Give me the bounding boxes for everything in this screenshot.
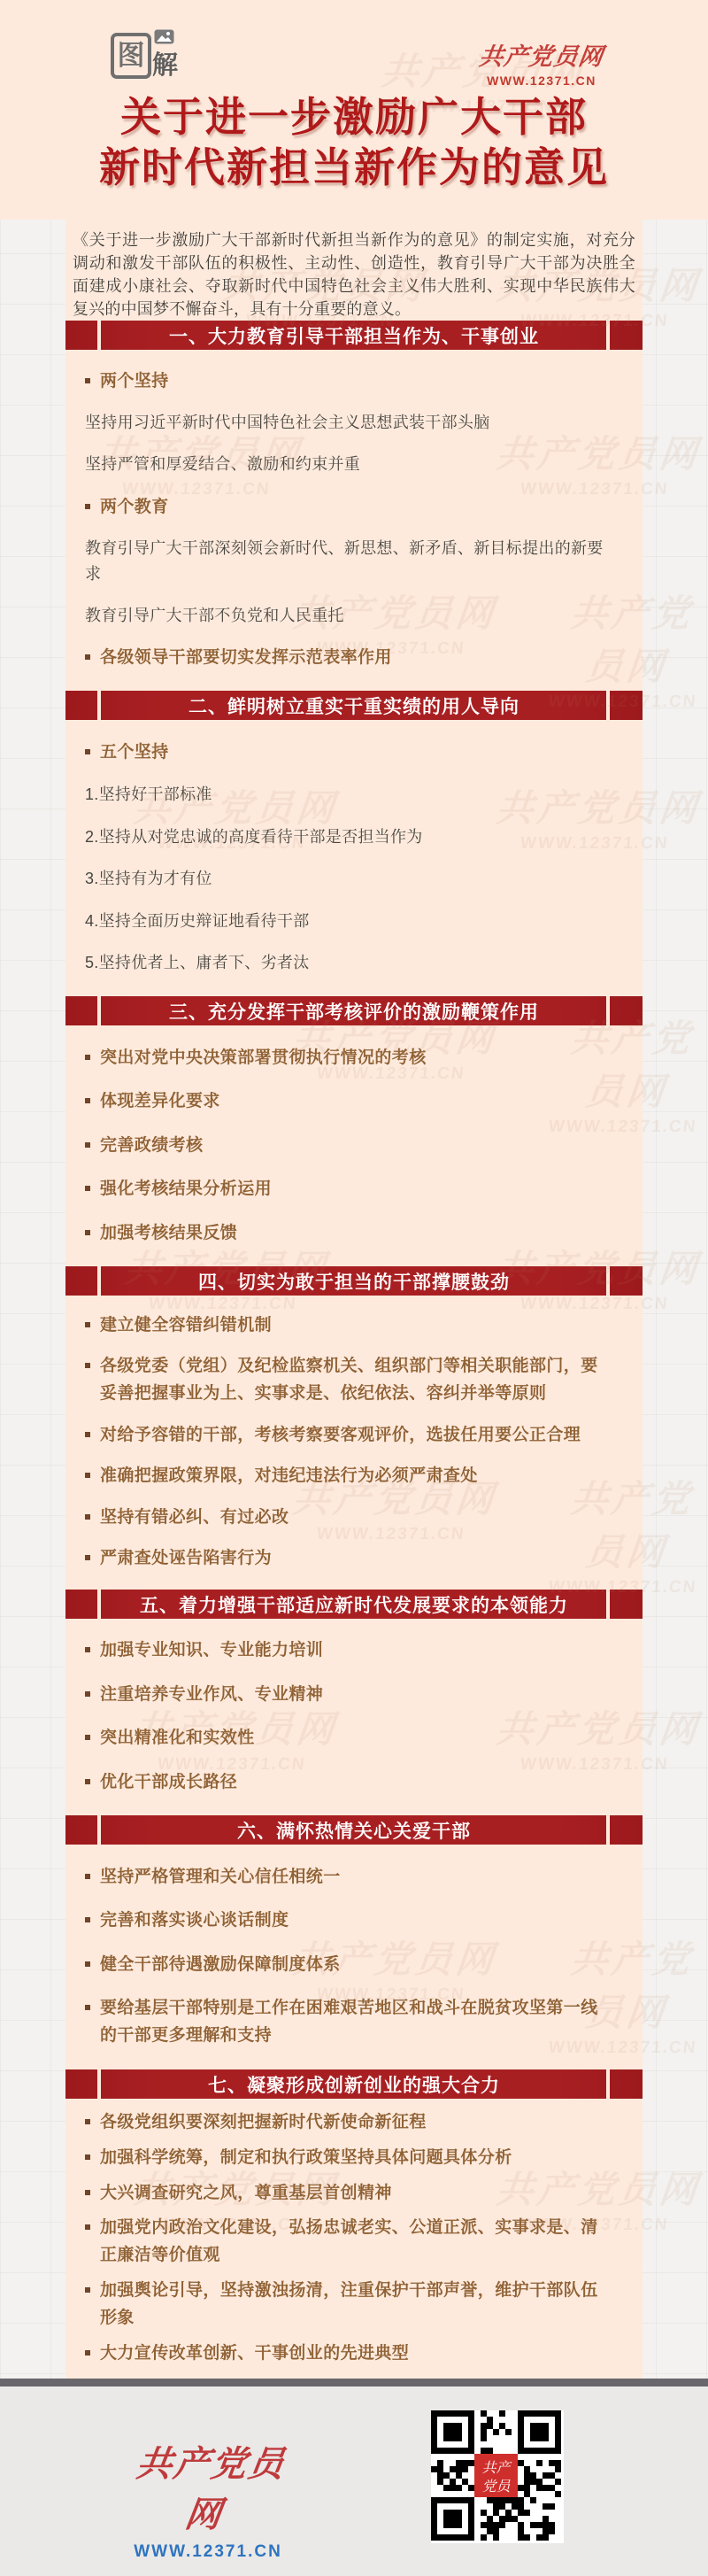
section-heading-banner: 七、凝聚形成创新创业的强大合力: [65, 2069, 643, 2099]
intro-block: 《关于进一步激励广大干部新时代新担当新作为的意见》的制定实施，对充分调动和激发干…: [65, 220, 643, 321]
list-item: 坚持有错必纠、有过必改: [85, 1504, 607, 1531]
footer-site-logo: 共产党员网 WWW.12371.CN: [124, 2436, 292, 2562]
banner-divider: [606, 2069, 610, 2099]
section-heading-banner: 四、切实为敢于担当的干部撑腰鼓劲: [65, 1266, 643, 1296]
section-items: 坚持严格管理和关心信任相统一完善和落实谈心谈话制度健全干部待遇激励保障制度体系要…: [65, 1845, 643, 2069]
section-items: 两个坚持坚持用习近平新时代中国特色社会主义思想武装干部头脑坚持严管和厚爱结合、激…: [65, 350, 643, 691]
list-item-text: 优化干部成长路径: [100, 1768, 237, 1796]
list-item-text: 加强党内政治文化建设，弘扬忠诚老实、公道正派、实事求是、清正廉洁等价值观: [100, 2214, 607, 2269]
list-item-text: 要给基层干部特别是工作在困难艰苦地区和战斗在脱贫攻坚第一线的干部更多理解和支持: [100, 1994, 607, 2049]
section-heading-banner: 三、充分发挥干部考核评价的激励鞭策作用: [65, 996, 643, 1025]
list-item-text: 完善和落实谈心谈话制度: [100, 1907, 289, 1934]
list-item: 加强党内政治文化建设，弘扬忠诚老实、公道正派、实事求是、清正廉洁等价值观: [85, 2214, 607, 2269]
list-item-text: 建立健全容错纠错机制: [100, 1311, 272, 1339]
square-bullet-icon: [85, 1055, 90, 1060]
list-item: 加强科学统筹，制定和执行政策坚持具体问题具体分析: [85, 2144, 607, 2171]
intro-paragraph: 《关于进一步激励广大干部新时代新担当新作为的意见》的制定实施，对充分调动和激发干…: [73, 228, 635, 321]
list-item: 突出对党中央决策部署贯彻执行情况的考核: [85, 1044, 607, 1071]
list-item: 两个教育: [85, 493, 607, 521]
infographic-page: 共产党员网WWW.12371.CN共产党员网WWW.12371.CN共产党员网W…: [0, 0, 708, 2576]
section-heading-banner: 六、满怀热情关心关爱干部: [65, 1815, 643, 1845]
list-item: 坚持严格管理和关心信任相统一: [85, 1863, 607, 1891]
square-bullet-icon: [85, 1735, 90, 1740]
list-item-text: 完善政绩考核: [100, 1132, 203, 1159]
list-item: 加强专业知识、专业能力培训: [85, 1636, 607, 1664]
section-heading: 三、充分发挥干部考核评价的激励鞭策作用: [169, 998, 539, 1025]
square-bullet-icon: [85, 2154, 90, 2160]
banner-divider: [606, 1590, 610, 1619]
list-item: 对给予容错的干部，考核考察要客观评价，选拔任用要公正合理: [85, 1421, 607, 1449]
square-bullet-icon: [85, 749, 90, 754]
sections: 一、大力教育引导干部担当作为、干事创业两个坚持坚持用习近平新时代中国特色社会主义…: [65, 321, 643, 2379]
list-item: 坚持用习近平新时代中国特色社会主义思想武装干部头脑: [85, 410, 607, 436]
section-heading: 四、切实为敢于担当的干部撑腰鼓劲: [198, 1268, 510, 1295]
list-item: 3.坚持有为才有位: [85, 866, 607, 892]
list-item-text: 健全干部待遇激励保障制度体系: [100, 1951, 341, 1978]
section: 六、满怀热情关心关爱干部坚持严格管理和关心信任相统一完善和落实谈心谈话制度健全干…: [65, 1815, 643, 2069]
square-bullet-icon: [85, 1555, 90, 1560]
list-item-text: 教育引导广大干部深刻领会新时代、新思想、新矛盾、新目标提出的新要求: [85, 536, 607, 587]
list-item: 突出精准化和实效性: [85, 1724, 607, 1752]
square-bullet-icon: [85, 1363, 90, 1368]
section-heading-banner: 五、着力增强干部适应新时代发展要求的本领能力: [65, 1590, 643, 1619]
section: 一、大力教育引导干部担当作为、干事创业两个坚持坚持用习近平新时代中国特色社会主义…: [65, 321, 643, 691]
section-heading: 六、满怀热情关心关爱干部: [237, 1817, 471, 1844]
page-title: 关于进一步激励广大干部 新时代新担当新作为的意见: [0, 0, 708, 193]
list-item-text: 2.坚持从对党忠诚的高度看待干部是否担当作为: [85, 824, 423, 850]
list-item-text: 3.坚持有为才有位: [85, 866, 212, 892]
list-item: 各级党组织要深刻把握新时代新使命新征程: [85, 2108, 607, 2136]
section-items: 建立健全容错纠错机制各级党委（党组）及纪检监察机关、组织部门等相关职能部门，要妥…: [65, 1296, 643, 1590]
footer-separator: [0, 2379, 708, 2386]
list-item: 4.坚持全面历史辩证地看待干部: [85, 909, 607, 934]
list-item-text: 加强考核结果反馈: [100, 1219, 237, 1247]
square-bullet-icon: [85, 1961, 90, 1967]
section: 七、凝聚形成创新创业的强大合力各级党组织要深刻把握新时代新使命新征程加强科学统筹…: [65, 2069, 643, 2379]
square-bullet-icon: [85, 1432, 90, 1437]
section-heading: 五、着力增强干部适应新时代发展要求的本领能力: [140, 1591, 568, 1618]
section-heading-banner: 一、大力教育引导干部担当作为、干事创业: [65, 321, 643, 350]
list-item-text: 各级党组织要深刻把握新时代新使命新征程: [100, 2108, 427, 2136]
square-bullet-icon: [85, 2224, 90, 2230]
list-item: 加强舆论引导，坚持激浊扬清，注重保护干部声誉，维护干部队伍形象: [85, 2277, 607, 2332]
header-area: 图 解 共产党员网 WWW.12371.CN 关于进一步激励广大干部 新时代新担…: [0, 0, 708, 220]
list-item: 五个坚持: [85, 739, 607, 766]
square-bullet-icon: [85, 1647, 90, 1652]
section: 五、着力增强干部适应新时代发展要求的本领能力加强专业知识、专业能力培训注重培养专…: [65, 1590, 643, 1815]
section-heading: 二、鲜明树立重实干重实绩的用人导向: [189, 692, 519, 719]
section-items: 五个坚持1.坚持好干部标准2.坚持从对党忠诚的高度看待干部是否担当作为3.坚持有…: [65, 720, 643, 996]
list-item-text: 严肃查处诬告陷害行为: [100, 1544, 272, 1572]
section-heading-banner: 二、鲜明树立重实干重实绩的用人导向: [65, 691, 643, 720]
list-item: 体现差异化要求: [85, 1087, 607, 1115]
banner-divider: [97, 2069, 101, 2099]
list-item: 优化干部成长路径: [85, 1768, 607, 1796]
banner-divider: [97, 1815, 101, 1845]
list-item-text: 强化考核结果分析运用: [100, 1175, 272, 1203]
square-bullet-icon: [85, 654, 90, 660]
list-item: 严肃查处诬告陷害行为: [85, 1544, 607, 1572]
list-item: 2.坚持从对党忠诚的高度看待干部是否担当作为: [85, 824, 607, 850]
footer-site-name-calligraphy: 共产党员网: [117, 2436, 299, 2537]
section: 二、鲜明树立重实干重实绩的用人导向五个坚持1.坚持好干部标准2.坚持从对党忠诚的…: [65, 691, 643, 996]
section-heading: 一、大力教育引导干部担当作为、干事创业: [169, 322, 539, 349]
square-bullet-icon: [85, 1322, 90, 1327]
banner-divider: [97, 691, 101, 720]
list-item: 教育引导广大干部深刻领会新时代、新思想、新矛盾、新目标提出的新要求: [85, 536, 607, 587]
square-bullet-icon: [85, 2119, 90, 2124]
list-item: 两个坚持: [85, 367, 607, 395]
tujie-logo-box: 图: [111, 33, 151, 79]
list-item-text: 体现差异化要求: [100, 1087, 220, 1115]
list-item-text: 两个坚持: [100, 367, 169, 395]
section: 四、切实为敢于担当的干部撑腰鼓劲建立健全容错纠错机制各级党委（党组）及纪检监察机…: [65, 1266, 643, 1590]
section: 三、充分发挥干部考核评价的激励鞭策作用突出对党中央决策部署贯彻执行情况的考核体现…: [65, 996, 643, 1266]
list-item: 大兴调查研究之风，尊重基层首创精神: [85, 2179, 607, 2207]
list-item-text: 突出对党中央决策部署贯彻执行情况的考核: [100, 1044, 427, 1071]
tujie-logo-sub-char: 解: [152, 45, 178, 81]
square-bullet-icon: [85, 1917, 90, 1922]
site-name-calligraphy: 共产党员网: [477, 37, 605, 72]
list-item-text: 坚持严格管理和关心信任相统一: [100, 1863, 341, 1891]
list-item: 5.坚持优者上、庸者下、劣者汰: [85, 950, 607, 976]
list-item-text: 准确把握政策界限，对违纪违法行为必须严肃查处: [100, 1462, 478, 1489]
square-bullet-icon: [85, 2005, 90, 2010]
list-item-text: 教育引导广大干部不负党和人民重托: [85, 603, 344, 629]
square-bullet-icon: [85, 1230, 90, 1235]
square-bullet-icon: [85, 378, 90, 383]
body-area: 《关于进一步激励广大干部新时代新担当新作为的意见》的制定实施，对充分调动和激发干…: [0, 220, 708, 2379]
footer-area: 共产党员网 WWW.12371.CN 共产党员: [0, 2386, 708, 2576]
section-heading: 七、凝聚形成创新创业的强大合力: [208, 2071, 500, 2098]
list-item-text: 4.坚持全面历史辩证地看待干部: [85, 909, 310, 934]
tujie-infographic-logo: 图 解: [111, 29, 181, 96]
list-item-text: 五个坚持: [100, 739, 169, 766]
list-item-text: 各级党委（党组）及纪检监察机关、组织部门等相关职能部门，要妥善把握事业为上、实事…: [100, 1352, 607, 1407]
square-bullet-icon: [85, 2190, 90, 2195]
content-panel: 《关于进一步激励广大干部新时代新担当新作为的意见》的制定实施，对充分调动和激发干…: [65, 220, 643, 2379]
svg-text:共产: 共产: [481, 2460, 512, 2476]
banner-divider: [606, 1815, 610, 1845]
banner-divider: [606, 1266, 610, 1296]
section-items: 加强专业知识、专业能力培训注重培养专业作风、专业精神突出精准化和实效性优化干部成…: [65, 1619, 643, 1815]
list-item: 强化考核结果分析运用: [85, 1175, 607, 1203]
list-item-text: 加强科学统筹，制定和执行政策坚持具体问题具体分析: [100, 2144, 512, 2171]
square-bullet-icon: [85, 1691, 90, 1697]
square-bullet-icon: [85, 1874, 90, 1879]
banner-divider: [97, 321, 101, 350]
section-items: 突出对党中央决策部署贯彻执行情况的考核体现差异化要求完善政绩考核强化考核结果分析…: [65, 1025, 643, 1266]
list-item: 完善和落实谈心谈话制度: [85, 1907, 607, 1934]
list-item-text: 各级领导干部要切实发挥示范表率作用: [100, 644, 392, 671]
list-item-text: 对给予容错的干部，考核考察要客观评价，选拔任用要公正合理: [100, 1421, 581, 1449]
list-item-text: 加强专业知识、专业能力培训: [100, 1636, 323, 1664]
list-item-text: 大兴调查研究之风，尊重基层首创精神: [100, 2179, 392, 2207]
list-item-text: 坚持严管和厚爱结合、激励和约束并重: [85, 452, 360, 477]
square-bullet-icon: [85, 1142, 90, 1148]
list-item: 1.坚持好干部标准: [85, 782, 607, 808]
square-bullet-icon: [85, 1186, 90, 1191]
banner-divider: [606, 691, 610, 720]
banner-divider: [606, 996, 610, 1025]
banner-divider: [606, 321, 610, 350]
square-bullet-icon: [85, 1473, 90, 1478]
header-content: 图 解 共产党员网 WWW.12371.CN 关于进一步激励广大干部 新时代新担…: [0, 0, 708, 220]
list-item: 各级党委（党组）及纪检监察机关、组织部门等相关职能部门，要妥善把握事业为上、实事…: [85, 1352, 607, 1407]
square-bullet-icon: [85, 2287, 90, 2293]
list-item-text: 加强舆论引导，坚持激浊扬清，注重保护干部声誉，维护干部队伍形象: [100, 2277, 607, 2332]
list-item: 建立健全容错纠错机制: [85, 1311, 607, 1339]
list-item: 完善政绩考核: [85, 1132, 607, 1159]
list-item: 各级领导干部要切实发挥示范表率作用: [85, 644, 607, 671]
footer-site-url: WWW.12371.CN: [124, 2542, 292, 2562]
section-items: 各级党组织要深刻把握新时代新使命新征程加强科学统筹，制定和执行政策坚持具体问题具…: [65, 2099, 643, 2379]
list-item: 健全干部待遇激励保障制度体系: [85, 1951, 607, 1978]
site-url: WWW.12371.CN: [480, 73, 604, 88]
banner-divider: [97, 1266, 101, 1296]
qr-code: 共产党员: [431, 2410, 564, 2543]
list-item-text: 坚持有错必纠、有过必改: [100, 1504, 289, 1531]
list-item-text: 突出精准化和实效性: [100, 1724, 255, 1752]
square-bullet-icon: [85, 2350, 90, 2356]
square-bullet-icon: [85, 1779, 90, 1784]
list-item-text: 大力宣传改革创新、干事创业的先进典型: [100, 2340, 409, 2367]
page-title-line1: 关于进一步激励广大干部: [0, 92, 708, 143]
list-item: 坚持严管和厚爱结合、激励和约束并重: [85, 452, 607, 477]
list-item-text: 两个教育: [100, 493, 169, 521]
site-logo-top: 共产党员网 WWW.12371.CN: [480, 37, 604, 88]
list-item: 注重培养专业作风、专业精神: [85, 1681, 607, 1708]
page-title-line2: 新时代新担当新作为的意见: [0, 143, 708, 193]
list-item: 教育引导广大干部不负党和人民重托: [85, 603, 607, 629]
list-item-text: 注重培养专业作风、专业精神: [100, 1681, 323, 1708]
svg-text:党员: 党员: [481, 2479, 512, 2495]
list-item-text: 坚持用习近平新时代中国特色社会主义思想武装干部头脑: [85, 410, 490, 436]
square-bullet-icon: [85, 1098, 90, 1103]
list-item: 要给基层干部特别是工作在困难艰苦地区和战斗在脱贫攻坚第一线的干部更多理解和支持: [85, 1994, 607, 2049]
list-item: 准确把握政策界限，对违纪违法行为必须严肃查处: [85, 1462, 607, 1489]
banner-divider: [97, 1590, 101, 1619]
square-bullet-icon: [85, 504, 90, 509]
list-item: 加强考核结果反馈: [85, 1219, 607, 1247]
square-bullet-icon: [85, 1514, 90, 1520]
list-item-text: 5.坚持优者上、庸者下、劣者汰: [85, 950, 310, 976]
banner-divider: [97, 996, 101, 1025]
list-item-text: 1.坚持好干部标准: [85, 782, 212, 808]
list-item: 大力宣传改革创新、干事创业的先进典型: [85, 2340, 607, 2367]
